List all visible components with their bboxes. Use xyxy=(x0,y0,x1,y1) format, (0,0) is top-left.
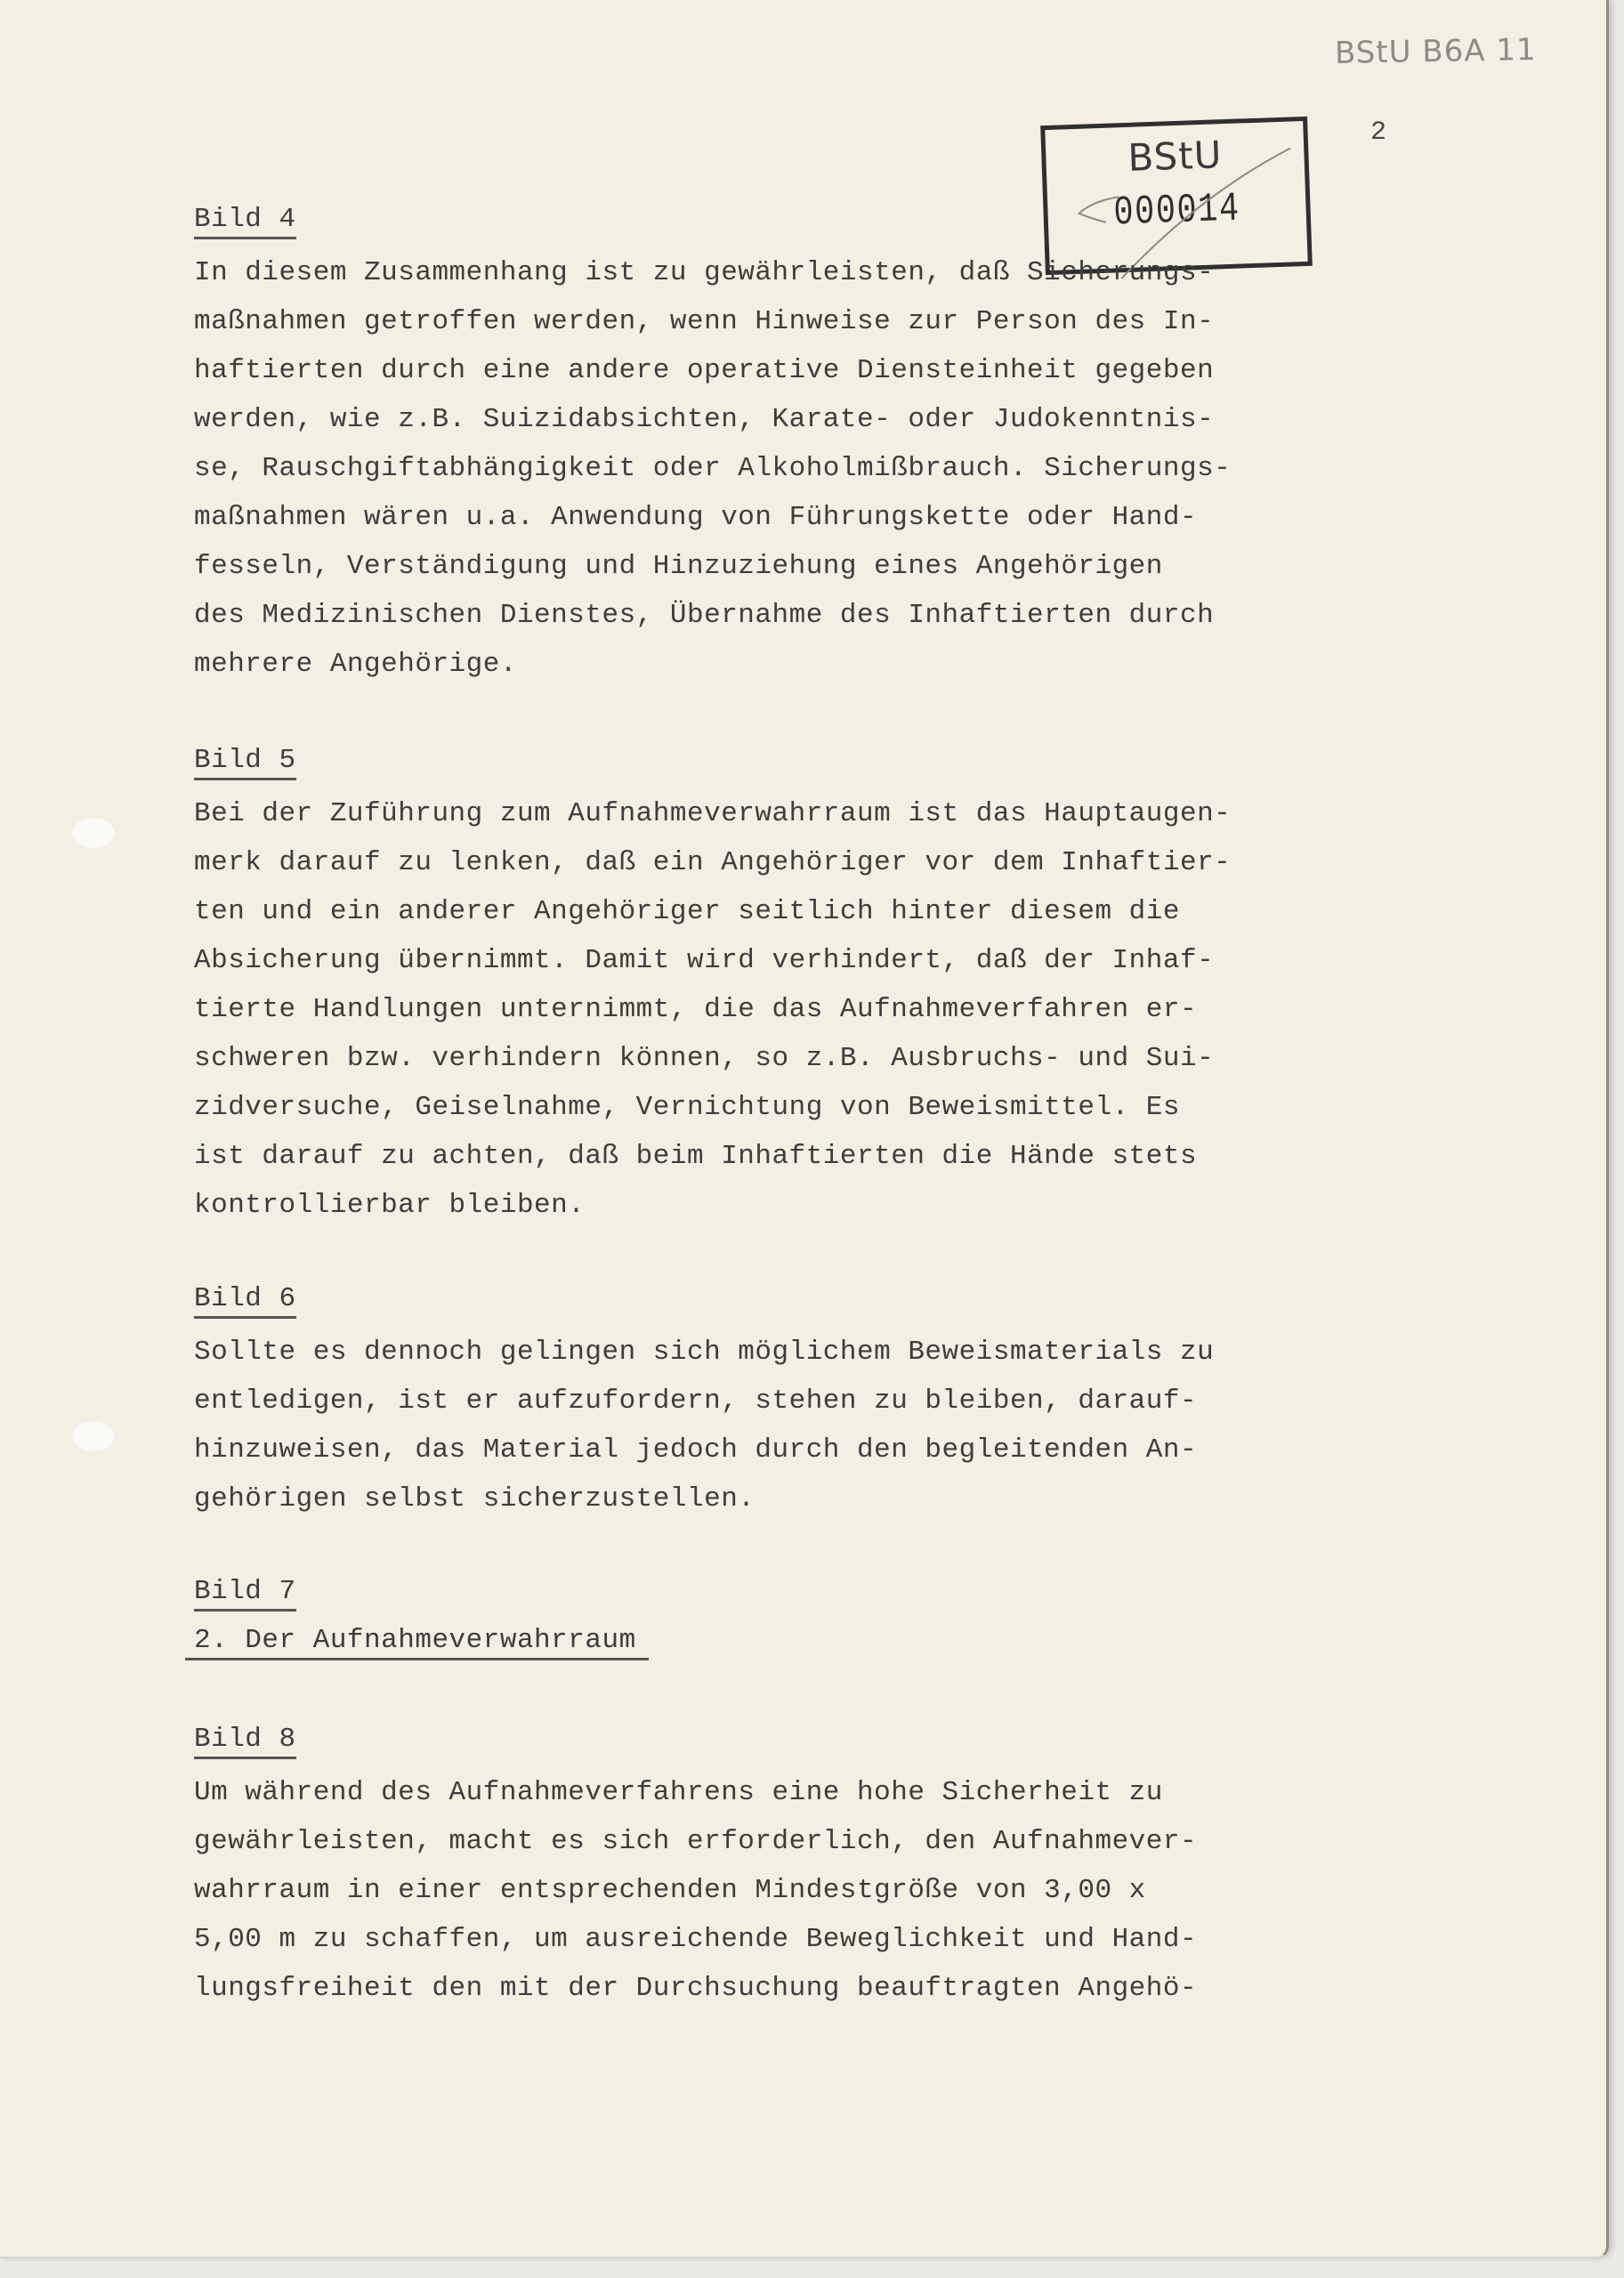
text-line: ist darauf zu achten, daß beim Inhaftier… xyxy=(194,1132,1422,1181)
text-line: gehörigen selbst sicherzustellen. xyxy=(194,1474,1422,1523)
section-heading: Bild 7 xyxy=(194,1575,296,1612)
section-heading: Bild 6 xyxy=(194,1282,296,1319)
text-line: maßnahmen getroffen werden, wenn Hinweis… xyxy=(194,297,1422,346)
text-line: mehrere Angehörige. xyxy=(194,640,1422,689)
text-line: Sollte es dennoch gelingen sich mögliche… xyxy=(194,1328,1422,1377)
text-line: 5,00 m zu schaffen, um ausreichende Bewe… xyxy=(194,1915,1422,1964)
handwritten-reference: BStU B6A 11 xyxy=(1335,32,1537,71)
section-heading: Bild 5 xyxy=(194,744,296,780)
text-line: wahrraum in einer entsprechenden Mindest… xyxy=(194,1866,1422,1915)
text-line: entledigen, ist er aufzufordern, stehen … xyxy=(194,1377,1422,1426)
chapter-heading: 2. Der Aufnahmeverwahrraum xyxy=(185,1624,649,1660)
document-page: BStU B6A 11 2 BStU 000014 Bild 4 In dies… xyxy=(0,0,1609,2258)
text-line: Um während des Aufnahmeverfahrens eine h… xyxy=(194,1768,1422,1817)
text-line: zidversuche, Geiselnahme, Vernichtung vo… xyxy=(194,1083,1422,1132)
section-bild-5: Bild 5 Bei der Zuführung zum Aufnahmever… xyxy=(194,744,1422,1230)
punch-hole xyxy=(71,1420,116,1452)
text-line: Absicherung übernimmt. Damit wird verhin… xyxy=(194,936,1422,985)
text-line: schweren bzw. verhindern können, so z.B.… xyxy=(194,1034,1422,1083)
text-line: In diesem Zusammenhang ist zu gewährleis… xyxy=(194,248,1422,297)
section-bild-6: Bild 6 Sollte es dennoch gelingen sich m… xyxy=(194,1282,1422,1523)
section-bild-8: Bild 8 Um während des Aufnahmeverfahrens… xyxy=(194,1723,1422,2013)
text-line: gewährleisten, macht es sich erforderlic… xyxy=(194,1817,1422,1866)
text-line: kontrollierbar bleiben. xyxy=(194,1181,1422,1230)
text-line: maßnahmen wären u.a. Anwendung von Führu… xyxy=(194,493,1422,542)
text-line: ten und ein anderer Angehöriger seitlich… xyxy=(194,887,1422,936)
punch-hole xyxy=(71,817,116,849)
text-line: werden, wie z.B. Suizidabsichten, Karate… xyxy=(194,395,1422,444)
section-bild-4: Bild 4 In diesem Zusammenhang ist zu gew… xyxy=(194,203,1422,689)
text-line: fesseln, Verständigung und Hinzuziehung … xyxy=(194,542,1422,591)
text-line: Bei der Zuführung zum Aufnahmeverwahrrau… xyxy=(194,789,1422,838)
text-line: lungsfreiheit den mit der Durchsuchung b… xyxy=(194,1964,1422,2013)
page-number: 2 xyxy=(1370,117,1386,148)
section-bild-7: Bild 7 2. Der Aufnahmeverwahrraum xyxy=(194,1575,1422,1660)
text-line: se, Rauschgiftabhängigkeit oder Alkoholm… xyxy=(194,444,1422,493)
section-heading: Bild 4 xyxy=(194,203,296,239)
section-heading: Bild 8 xyxy=(194,1723,296,1759)
text-line: merk darauf zu lenken, daß ein Angehörig… xyxy=(194,838,1422,887)
text-line: tierte Handlungen unternimmt, die das Au… xyxy=(194,985,1422,1034)
text-line: haftierten durch eine andere operative D… xyxy=(194,346,1422,395)
text-line: des Medizinischen Dienstes, Übernahme de… xyxy=(194,591,1422,640)
text-line: hinzuweisen, das Material jedoch durch d… xyxy=(194,1426,1422,1474)
